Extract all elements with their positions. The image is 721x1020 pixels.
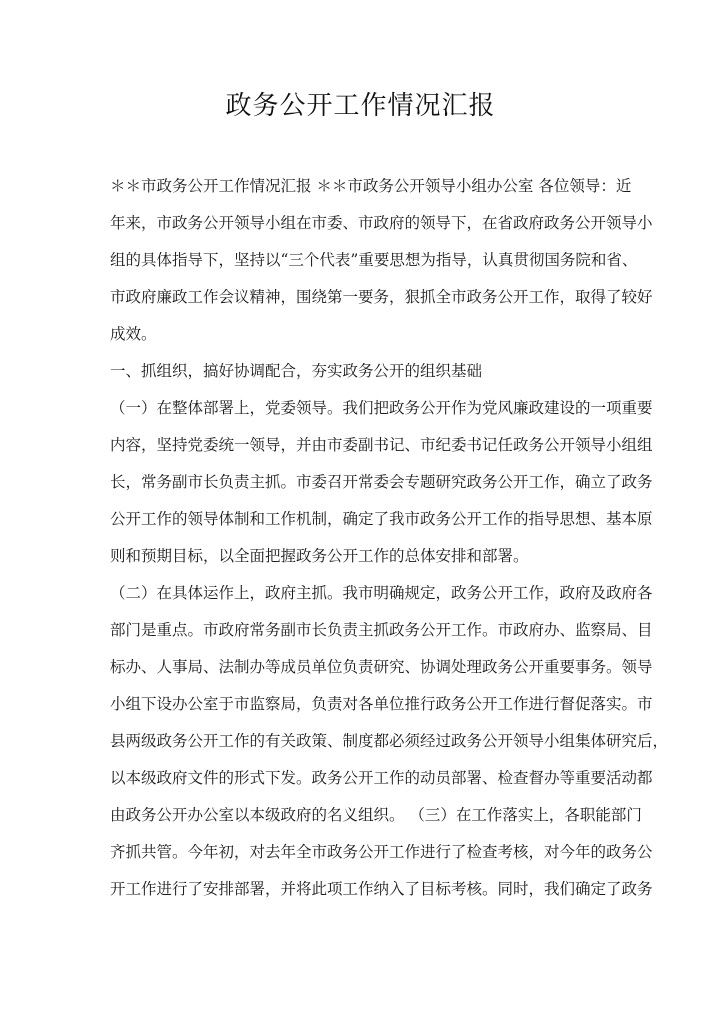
body-line-9: 长，常务副市长负责主抓。市委召开常委会专题研究政务公开工作，确立了政务 bbox=[110, 464, 612, 501]
body-line-16: 县两级政务公开工作的有关政策、制度都必须经过政务公开领导小组集体研究后， bbox=[110, 723, 612, 760]
body-line-18: 由政务公开办公室以本级政府的名义组织。 （三）在工作落实上，各职能部门 bbox=[110, 797, 612, 834]
body-line-15: 小组下设办公室于市监察局，负责对各单位推行政务公开工作进行督促落实。市 bbox=[110, 686, 612, 723]
body-line-17: 以本级政府文件的形式下发。政务公开工作的动员部署、检查督办等重要活动都 bbox=[110, 760, 612, 797]
document-title: 政务公开工作情况汇报 bbox=[0, 88, 721, 124]
document-page: 政务公开工作情况汇报 ＊＊市政务公开工作情况汇报 ＊＊市政务公开领导小组办公室 … bbox=[0, 0, 721, 1020]
body-line-4: 市政府廉政工作会议精神，围绕第一要务，狠抓全市政务公开工作，取得了较好 bbox=[110, 279, 612, 316]
body-line-20: 开工作进行了安排部署，并将此项工作纳入了目标考核。同时，我们确定了政务 bbox=[110, 871, 612, 908]
body-line-7: （一）在整体部署上，党委领导。我们把政务公开作为党风廉政建设的一项重要 bbox=[110, 390, 612, 427]
document-body: ＊＊市政务公开工作情况汇报 ＊＊市政务公开领导小组办公室 各位领导：近 年来，市… bbox=[110, 168, 612, 908]
body-line-19: 齐抓共管。今年初，对去年全市政务公开工作进行了检查考核，对今年的政务公 bbox=[110, 834, 612, 871]
body-line-5: 成效。 bbox=[110, 316, 612, 353]
body-line-3: 组的具体指导下，坚持以“三个代表”重要思想为指导，认真贯彻国务院和省、 bbox=[110, 242, 612, 279]
body-line-2: 年来，市政务公开领导小组在市委、市政府的领导下，在省政府政务公开领导小 bbox=[110, 205, 612, 242]
body-line-10: 公开工作的领导体制和工作机制，确定了我市政务公开工作的指导思想、基本原 bbox=[110, 501, 612, 538]
body-line-12: （二）在具体运作上，政府主抓。我市明确规定，政务公开工作，政府及政府各 bbox=[110, 575, 612, 612]
body-line-14: 标办、人事局、法制办等成员单位负责研究、协调处理政务公开重要事务。领导 bbox=[110, 649, 612, 686]
body-line-13: 部门是重点。市政府常务副市长负责主抓政务公开工作。市政府办、监察局、目 bbox=[110, 612, 612, 649]
body-line-11: 则和预期目标，以全面把握政务公开工作的总体安排和部署。 bbox=[110, 538, 612, 575]
body-line-8: 内容，坚持党委统一领导，并由市委副书记、市纪委书记任政务公开领导小组组 bbox=[110, 427, 612, 464]
section-heading-1: 一、抓组织，搞好协调配合，夯实政务公开的组织基础 bbox=[110, 353, 612, 390]
body-line-1: ＊＊市政务公开工作情况汇报 ＊＊市政务公开领导小组办公室 各位领导：近 bbox=[110, 168, 612, 205]
